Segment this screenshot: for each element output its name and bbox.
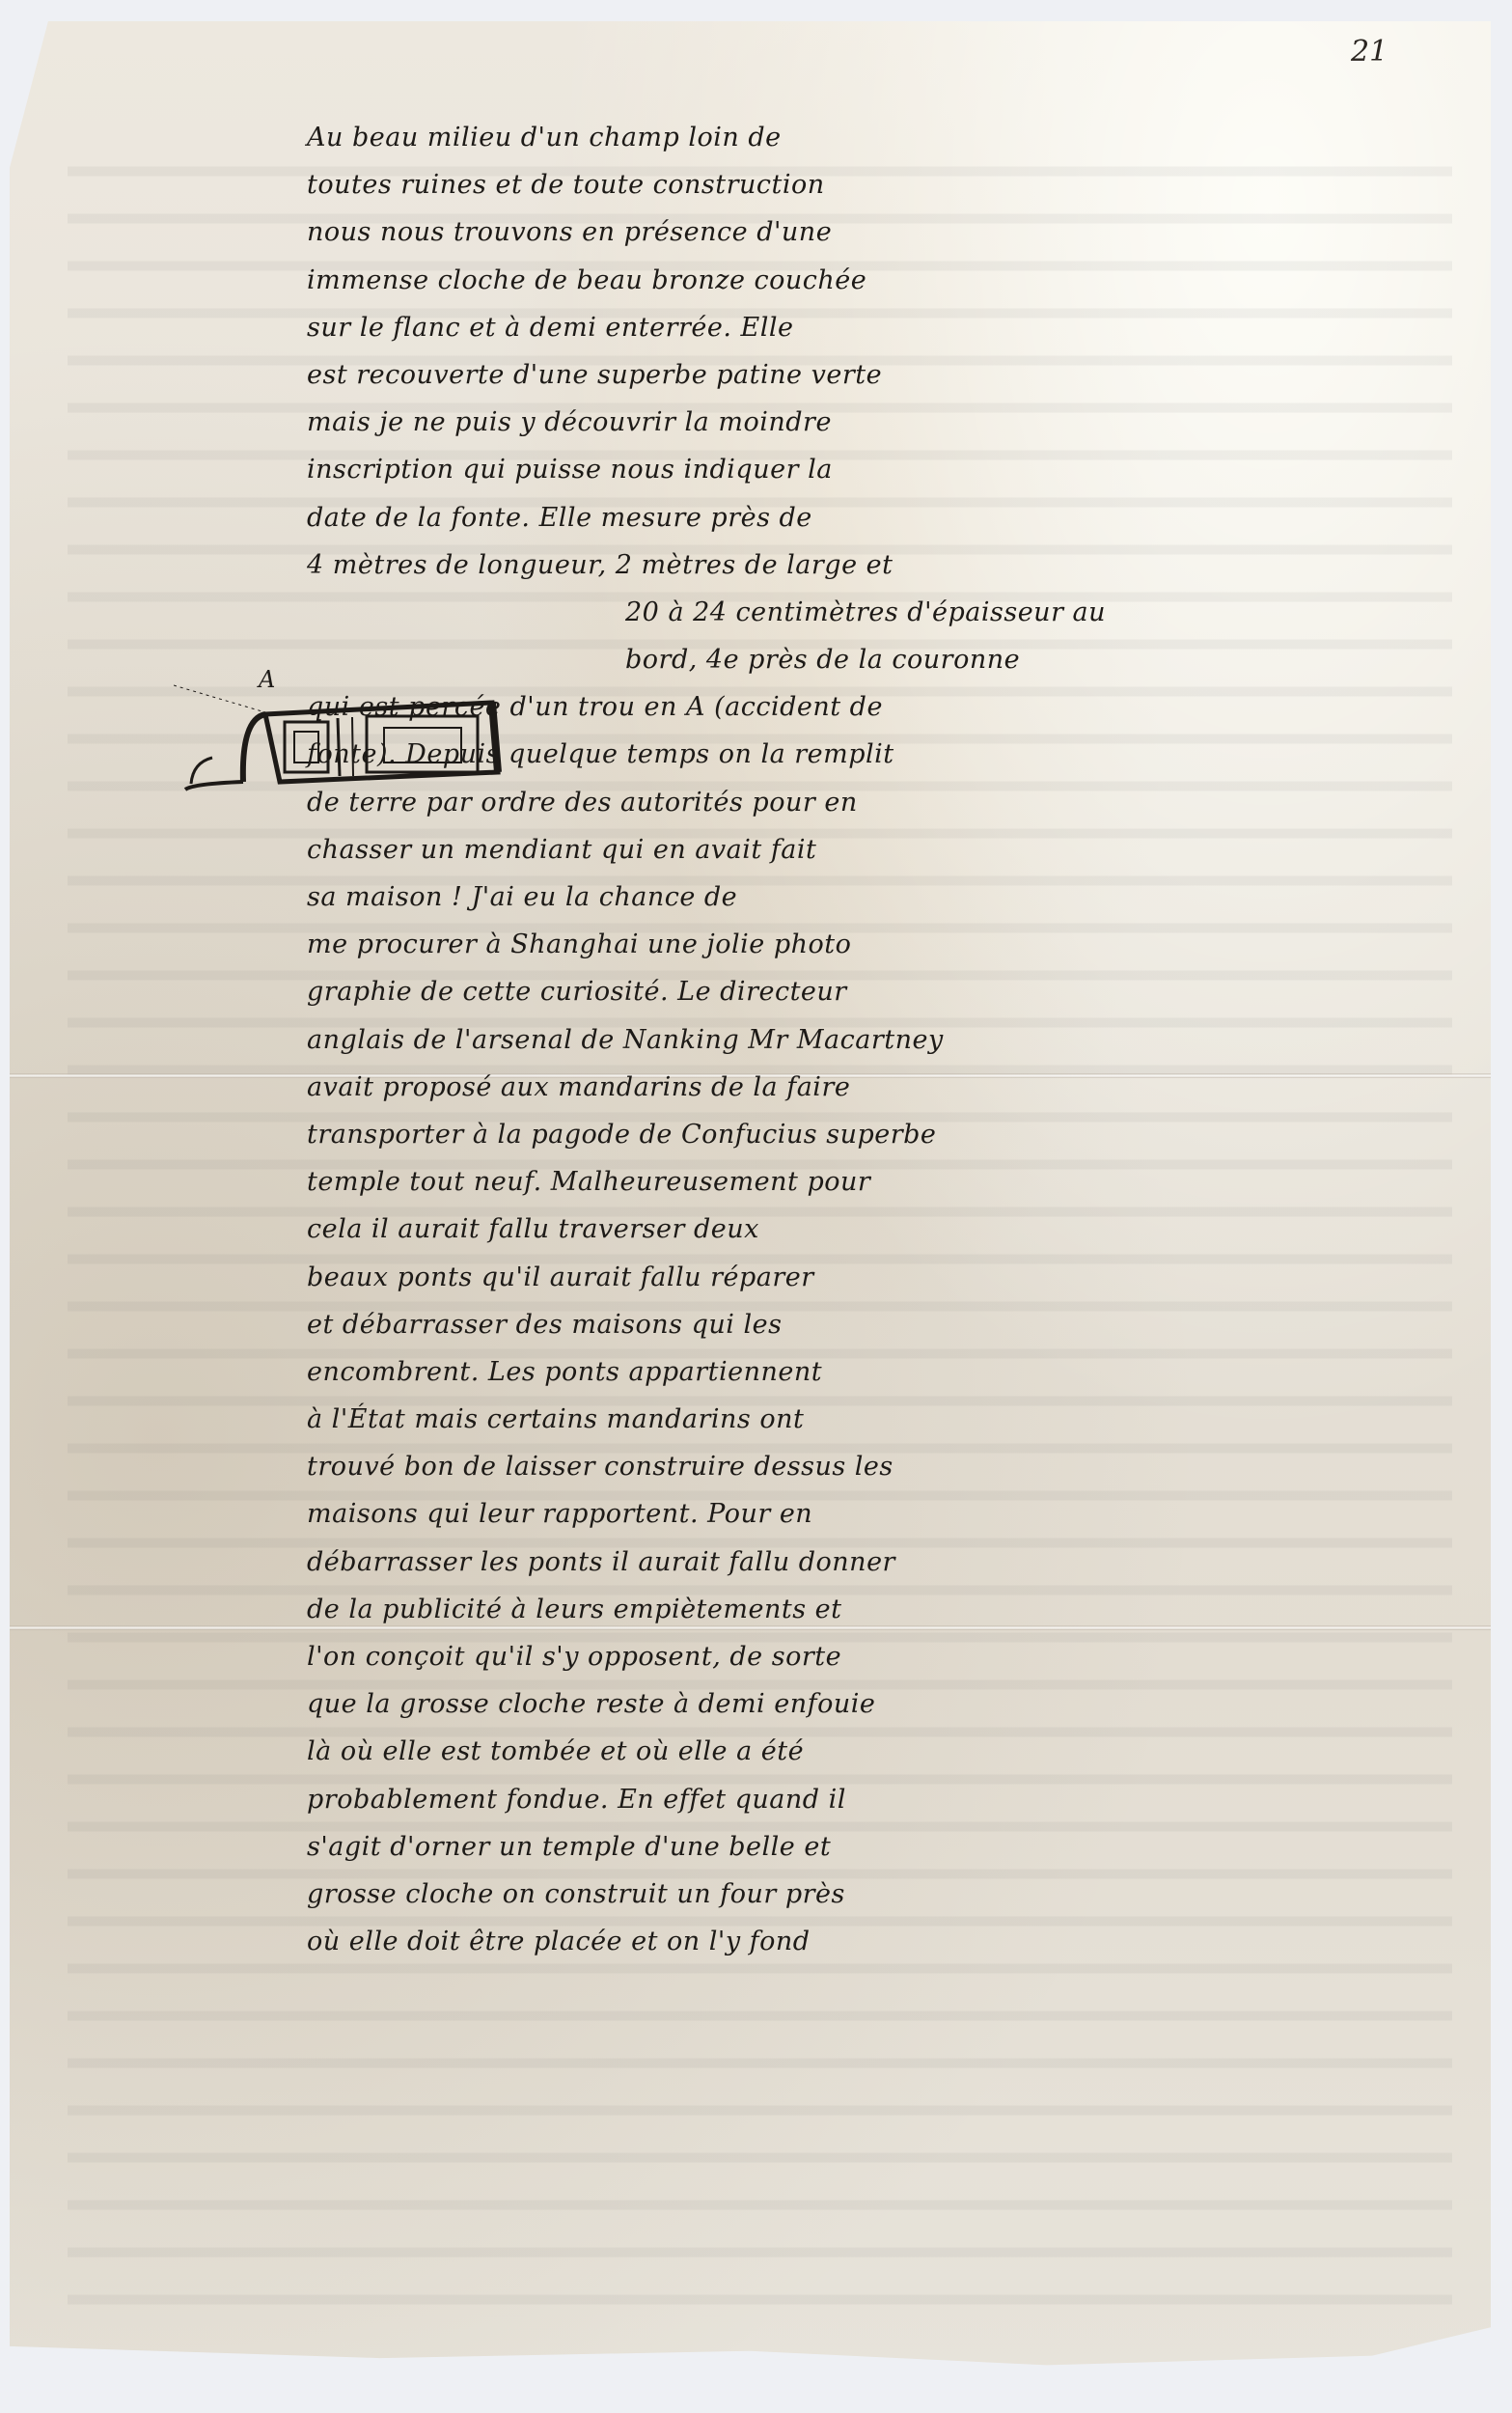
- text-line: anglais de l'arsenal de Nanking Mr Macar…: [307, 1016, 1445, 1064]
- text-line: fonte). Depuis quelque temps on la rempl…: [307, 731, 1445, 778]
- text-line: encombrent. Les ponts appartiennent: [307, 1348, 1445, 1396]
- text-line: trouvé bon de laisser construire dessus …: [307, 1443, 1445, 1490]
- text-line: qui est percée d'un trou en A (accident …: [307, 683, 1445, 731]
- text-line: Au beau milieu d'un champ loin de: [307, 114, 1445, 161]
- text-line: bord, 4e près de la couronne: [307, 636, 1445, 683]
- text-line: transporter à la pagode de Confucius sup…: [307, 1111, 1445, 1158]
- text-line: à l'État mais certains mandarins ont: [307, 1396, 1445, 1443]
- text-line: nous nous trouvons en présence d'une: [307, 208, 1445, 256]
- text-line: temple tout neuf. Malheureusement pour: [307, 1158, 1445, 1206]
- text-line: beaux ponts qu'il aurait fallu réparer: [307, 1254, 1445, 1301]
- text-line: où elle doit être placée et on l'y fond: [307, 1918, 1445, 1965]
- text-line: graphie de cette curiosité. Le directeur: [307, 968, 1445, 1015]
- text-line: s'agit d'orner un temple d'une belle et: [307, 1823, 1445, 1871]
- text-line: toutes ruines et de toute construction: [307, 161, 1445, 208]
- text-line: et débarrasser des maisons qui les: [307, 1301, 1445, 1348]
- text-line: sa maison ! J'ai eu la chance de: [307, 874, 1445, 921]
- text-line: date de la fonte. Elle mesure près de: [307, 494, 1445, 541]
- text-line: probablement fondue. En effet quand il: [307, 1776, 1445, 1823]
- text-line: 4 mètres de longueur, 2 mètres de large …: [307, 541, 1445, 589]
- text-line: sur le flanc et à demi enterrée. Elle: [307, 304, 1445, 351]
- text-line: cela il aurait fallu traverser deux: [307, 1206, 1445, 1253]
- text-line: de terre par ordre des autorités pour en: [307, 779, 1445, 826]
- text-line: 20 à 24 centimètres d'épaisseur au: [307, 589, 1445, 636]
- text-line: chasser un mendiant qui en avait fait: [307, 826, 1445, 874]
- letter-body: Au beau milieu d'un champ loin de toutes…: [307, 114, 1445, 1965]
- text-line: l'on conçoit qu'il s'y opposent, de sort…: [307, 1633, 1445, 1680]
- text-line: est recouverte d'une superbe patine vert…: [307, 351, 1445, 399]
- text-line: me procurer à Shanghai une jolie photo: [307, 921, 1445, 968]
- text-line: inscription qui puisse nous indiquer la: [307, 446, 1445, 493]
- text-line: débarrasser les ponts il aurait fallu do…: [307, 1539, 1445, 1586]
- text-line: mais je ne puis y découvrir la moindre: [307, 399, 1445, 446]
- page-number: 21: [1351, 35, 1388, 69]
- text-line: immense cloche de beau bronze couchée: [307, 257, 1445, 304]
- text-line: grosse cloche on construit un four près: [307, 1871, 1445, 1918]
- text-line: de la publicité à leurs empiètements et: [307, 1586, 1445, 1633]
- text-line: avait proposé aux mandarins de la faire: [307, 1064, 1445, 1111]
- text-line: là où elle est tombée et où elle a été: [307, 1728, 1445, 1775]
- text-line: que la grosse cloche reste à demi enfoui…: [307, 1680, 1445, 1728]
- text-line: maisons qui leur rapportent. Pour en: [307, 1490, 1445, 1538]
